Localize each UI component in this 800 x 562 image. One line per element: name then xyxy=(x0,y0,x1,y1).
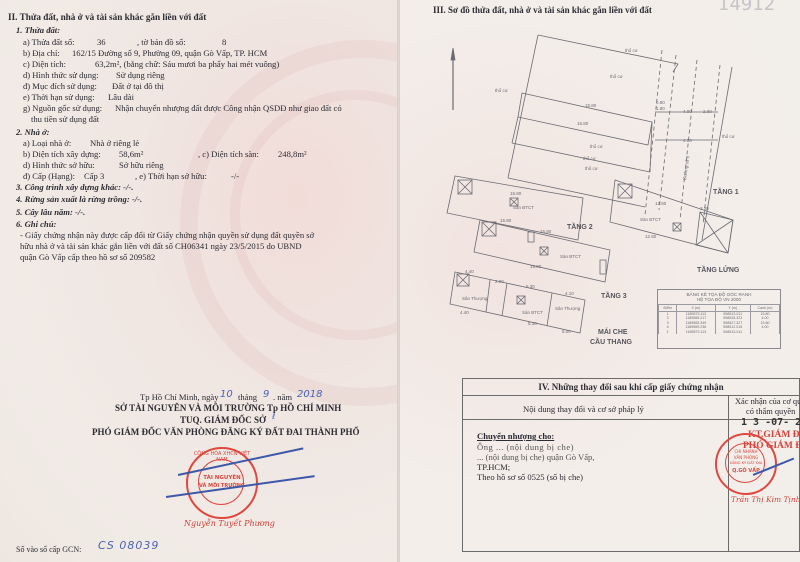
neighbor-label-2: thổ cư xyxy=(610,73,623,79)
terrace-label-2: Sân Thượng xyxy=(555,306,581,311)
signer-name: Nguyễn Tuyết Phương xyxy=(184,519,275,529)
stamp2-line3: ĐĂNG KÝ ĐẤT ĐAI xyxy=(717,461,775,465)
forest: 4. Rừng sản xuất là rừng trồng: -/-. xyxy=(16,194,142,204)
other-works: 3. Công trình xây dựng khác: -/-. xyxy=(16,182,133,192)
dim-w5: 12.80 xyxy=(655,201,667,206)
dim-w8b: 5.30 xyxy=(528,321,537,326)
coord-header: Điểm xyxy=(659,305,677,312)
stamp-ring-text: CỘNG HÒA XHCN VIỆT NAM xyxy=(188,451,256,463)
built-area: 58,6m² xyxy=(119,149,143,159)
dim-length-t3: 15.80 xyxy=(540,229,552,234)
dim-w9: 4.10 xyxy=(565,291,574,296)
floor-area: 248,8m² xyxy=(278,149,307,159)
notes-heading: 6. Ghi chú: xyxy=(16,219,56,229)
dim-length-t2b: 15.80 xyxy=(500,218,512,223)
notes-line3: quận Gò Vấp cấp theo hồ sơ số 209582 xyxy=(20,252,155,262)
slab-label-t2: Sàn BTCT xyxy=(513,205,534,210)
signer-position: PHÓ GIÁM ĐỐC VĂN PHÒNG ĐĂNG KÝ ĐẤT ĐAI T… xyxy=(92,427,360,437)
term-label: e) Thời hạn sử dụng: xyxy=(23,92,95,102)
coord-header: Y (m) xyxy=(715,305,750,312)
house-heading: 2. Nhà ở: xyxy=(16,127,50,137)
dim-length-2: 15.80 xyxy=(577,121,589,126)
slab-label-t3: Sàn BTCT xyxy=(560,254,581,259)
origin-line1: Nhận chuyển nhượng đất được Công nhận QS… xyxy=(115,103,342,113)
floor-label-3: TẦNG 3 xyxy=(601,290,627,300)
neighbor-label-1: thổ cư xyxy=(625,47,638,53)
dim-length-t2: 15.80 xyxy=(510,191,522,196)
branch-stamp: CHI NHÁNH VĂN PHÒNG ĐĂNG KÝ ĐẤT ĐAI Q.GÒ… xyxy=(715,433,777,495)
own-term: -/- xyxy=(231,171,239,181)
origin-label: g) Nguồn gốc sử dụng: xyxy=(23,103,102,113)
land-heading: 1. Thửa đất: xyxy=(16,25,60,35)
slab-label-lung: Sàn BTCT xyxy=(640,217,661,222)
change-line-4: Theo hồ sơ số 0525 (số bị che) xyxy=(477,472,583,482)
ownership-label: d) Hình thức sở hữu: xyxy=(23,160,95,170)
floor-label-1: TẦNG 1 xyxy=(713,186,739,196)
map-sheet-label: , tờ bản đồ số: xyxy=(137,37,186,47)
grade-label: đ) Cấp (Hạng): xyxy=(23,171,75,181)
neighbor-label-3: thổ cư xyxy=(495,87,508,93)
dim-w8: 5.30 xyxy=(526,284,535,289)
section-iv-title: IV. Những thay đổi sau khi cấp giấy chứn… xyxy=(463,382,799,392)
year-label: . năm xyxy=(273,392,292,402)
dim-length-t3b: 15.80 xyxy=(530,264,542,269)
floor-label-lung: TẦNG LỬNG xyxy=(697,264,740,274)
floor-label-mai: MÁI CHE xyxy=(598,327,628,336)
origin-line2: thu tiền sử dụng đất xyxy=(31,114,99,124)
dim-width-2: 4.00 xyxy=(683,138,692,143)
section-ii-title: II. Thửa đất, nhà ở và tài sản khác gắn … xyxy=(8,12,206,22)
coord-header: Cạnh (m) xyxy=(750,305,779,312)
dim-w2b: 2.00 xyxy=(495,279,504,284)
official-stamp: CỘNG HÒA XHCN VIỆT NAM TÀI NGUYÊN VÀ MÔI… xyxy=(186,447,258,519)
dim-w6: 3.20 xyxy=(700,206,709,211)
tuq-title: TUQ. GIÁM ĐỐC SỞ xyxy=(180,415,266,425)
street-label: Đường số 9 xyxy=(682,155,690,180)
use-purpose: Đất ở tại đô thị xyxy=(112,81,164,91)
change-line-2: ... (nội dung bị che) quận Gò Vấp, xyxy=(477,452,595,462)
built-area-label: b) Diện tích xây dựng: xyxy=(23,149,101,159)
col-header-confirm-2: có thẩm quyền xyxy=(746,407,795,417)
neighbor-label-5: thổ cư xyxy=(585,165,598,171)
stamp2-line2: VĂN PHÒNG xyxy=(717,455,775,460)
area: 63,2m², (bằng chữ: Sáu mươi ba phẩy hai … xyxy=(95,59,279,69)
stamp-center-1: TÀI NGUYÊN xyxy=(188,475,256,481)
dim-length-1: 15.80 xyxy=(585,103,597,108)
neighbor-label-7: thổ cư xyxy=(583,155,596,161)
confirm-date: 1 3 -07- 2020 xyxy=(741,418,800,428)
date-year: 2018 xyxy=(297,390,322,400)
date-day: 10 xyxy=(220,390,233,400)
change-line-1: Ông ... (nội dung bị che) xyxy=(477,442,574,452)
use-form: Sử dụng riêng xyxy=(116,70,165,80)
coord-row: 11189573.113598513.011 xyxy=(659,330,780,334)
changes-table: IV. Những thay đổi sau khi cấp giấy chứn… xyxy=(462,378,800,552)
dim-w7b: 4.40 xyxy=(460,310,469,315)
register-label: Số vào sổ cấp GCN: xyxy=(16,545,81,555)
notes-line1: - Giấy chứng nhận này được cấp đổi từ Gi… xyxy=(20,230,314,240)
house-type: Nhà ở riêng lẻ xyxy=(90,138,139,148)
col-header-confirm-1: Xác nhận của cơ quan xyxy=(735,397,800,407)
terrace-label-1: Sân Thượng xyxy=(462,296,488,301)
neighbor-label-6: thổ cư xyxy=(722,133,735,139)
month-label: tháng xyxy=(238,392,257,402)
dim-w4: 1.80 xyxy=(656,106,665,111)
dim-w7: 4.40 xyxy=(465,269,474,274)
floor-label-cauthang: CẦU THANG xyxy=(590,336,633,346)
dim-width-1: 4.00 xyxy=(683,109,692,114)
coordinate-table: BẢNG KÊ TỌA ĐỘ GÓC RANH HỆ TỌA ĐỘ VN 200… xyxy=(657,289,781,349)
dim-w10: 5.00 xyxy=(562,329,571,334)
perennial: 5. Cây lâu năm: -/-. xyxy=(16,207,85,217)
dim-w2: 2.00 xyxy=(703,109,712,114)
grade: Cấp 3 xyxy=(84,171,104,181)
notes-line2: hữu nhà ở và tài sản khác gắn liền với đ… xyxy=(20,241,302,251)
own-term-label: , e) Thời hạn sở hữu: xyxy=(135,171,207,181)
signer-name-2: Trần Thị Kim Tịnh xyxy=(731,495,800,505)
stamp2-line1: CHI NHÁNH xyxy=(717,449,775,454)
parcel-label: a) Thửa đất số: xyxy=(23,37,75,47)
slab-label-mai: Sàn BTCT xyxy=(522,310,543,315)
term: Lâu dài xyxy=(108,92,134,102)
date-prefix: Tp Hồ Chí Minh, ngày xyxy=(140,392,219,402)
use-form-label: d) Hình thức sử dụng: xyxy=(23,70,99,80)
neighbor-label-4: thổ cư xyxy=(590,143,603,149)
initial-mark: ℓ xyxy=(272,412,275,422)
register-no: CS 08039 xyxy=(98,541,159,551)
date-month: 9 xyxy=(263,390,269,400)
coord-title-2: HỆ TỌA ĐỘ VN 2000 xyxy=(658,297,780,302)
change-title: Chuyển nhượng cho: xyxy=(477,431,554,441)
ownership: Sở hữu riêng xyxy=(119,160,164,170)
right-page: III. Sơ đồ thửa đất, nhà ở và tài sản kh… xyxy=(400,0,800,562)
use-purpose-label: đ) Mục đích sử dụng: xyxy=(23,81,97,91)
address-label: b) Địa chỉ: xyxy=(23,48,60,58)
area-label: c) Diện tích: xyxy=(23,59,66,69)
issuing-dept: SỞ TÀI NGUYÊN VÀ MÔI TRƯỜNG Tp HỒ CHÍ MI… xyxy=(115,403,341,413)
map-sheet-no: 8 xyxy=(222,37,226,47)
change-line-3: TP.HCM; xyxy=(477,462,510,472)
dim-w3: 0.90 xyxy=(656,100,665,105)
left-page: II. Thửa đất, nhà ở và tài sản khác gắn … xyxy=(0,0,398,562)
address: 162/15 Đường số 9, Phường 09, quận Gò Vấ… xyxy=(72,48,267,58)
coord-header: X (m) xyxy=(677,305,715,312)
col-header-content: Nội dung thay đổi và cơ sở pháp lý xyxy=(523,404,644,414)
house-type-label: a) Loại nhà ở: xyxy=(23,138,71,148)
dim-w5b: 12.80 xyxy=(645,234,657,239)
parcel-no: 36 xyxy=(97,37,106,47)
floor-area-label: , c) Diện tích sàn: xyxy=(198,149,259,159)
